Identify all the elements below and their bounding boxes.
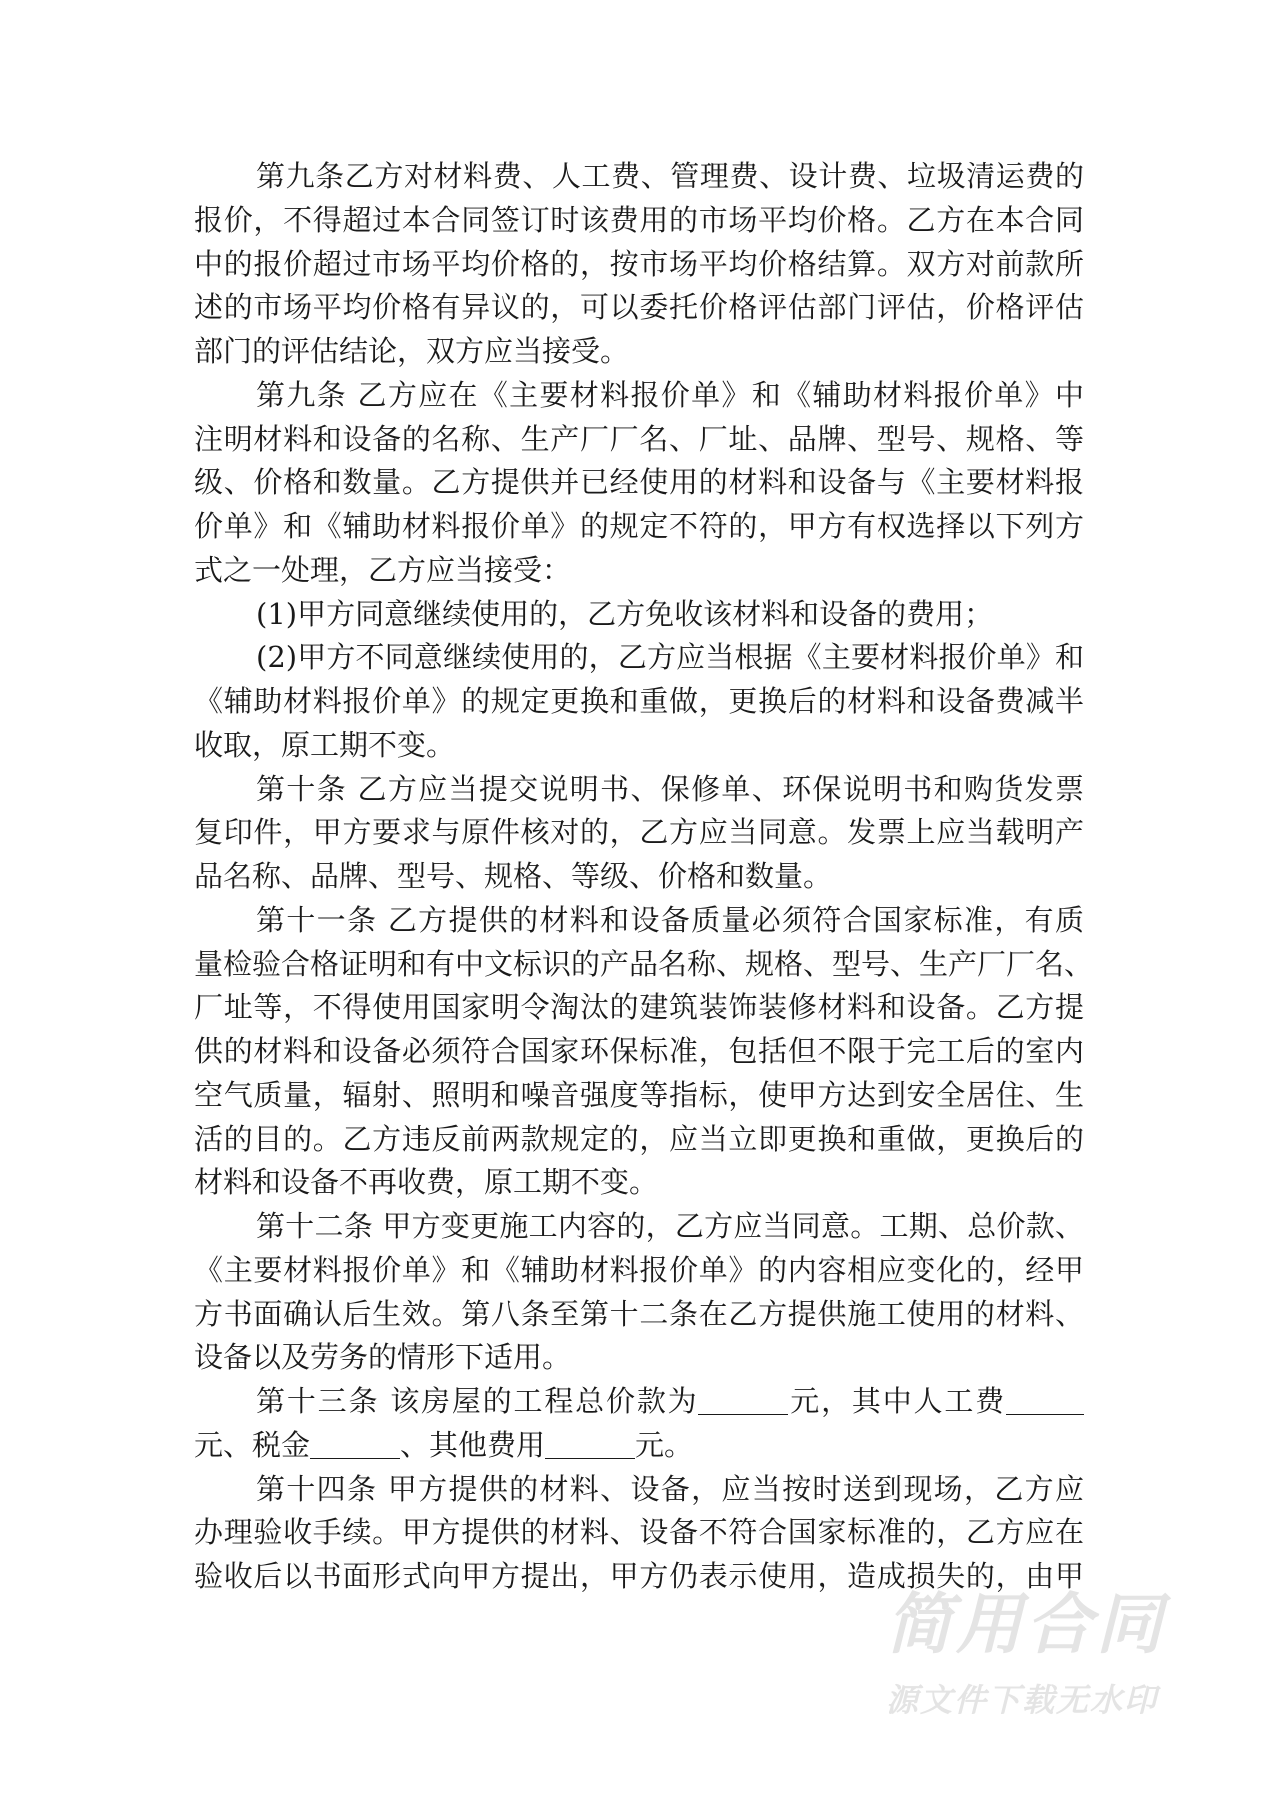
text-line: 述的市场平均价格有异议的，可以委托价格评估部门评估，价格评估	[194, 286, 1084, 330]
watermark: 简用合同 源文件下载无水印	[886, 1588, 1186, 1720]
text-line: 部门的评估结论，双方应当接受。	[194, 330, 1084, 374]
paragraph-article-9-materials: 第九条 乙方应在《主要材料报价单》和《辅助材料报价单》中 注明材料和设备的名称、…	[194, 374, 1084, 593]
list-item-2: (2)甲方不同意继续使用的，乙方应当根据《主要材料报价单》和 《辅助材料报价单》…	[194, 636, 1084, 767]
paragraph-article-12: 第十二条 甲方变更施工内容的，乙方应当同意。工期、总价款、 《主要材料报价单》和…	[194, 1205, 1084, 1380]
text-line: 中的报价超过市场平均价格的，按市场平均价格结算。双方对前款所	[194, 243, 1084, 287]
text-line: 第十条 乙方应当提交说明书、保修单、环保说明书和购货发票	[194, 768, 1084, 812]
paragraph-article-11: 第十一条 乙方提供的材料和设备质量必须符合国家标准，有质 量检验合格证明和有中文…	[194, 899, 1084, 1205]
text-line: 复印件，甲方要求与原件核对的，乙方应当同意。发票上应当载明产	[194, 811, 1084, 855]
paragraph-article-14: 第十四条 甲方提供的材料、设备，应当按时送到现场，乙方应 办理验收手续。甲方提供…	[194, 1468, 1084, 1599]
other-fees-blank[interactable]	[545, 1428, 635, 1459]
text-line: 方书面确认后生效。第八条至第十二条在乙方提供施工使用的材料、	[194, 1293, 1084, 1337]
article-13-text: 元，其中人工费	[788, 1384, 1006, 1418]
text-line: 元、税金、其他费用元。	[194, 1424, 1084, 1468]
article-13-text: 、其他费用	[400, 1428, 545, 1462]
text-line: (2)甲方不同意继续使用的，乙方应当根据《主要材料报价单》和	[194, 636, 1084, 680]
article-13-text: 元、税金	[194, 1428, 310, 1462]
text-line: 设备以及劳务的情形下适用。	[194, 1336, 1084, 1380]
document-page: 第九条乙方对材料费、人工费、管理费、设计费、垃圾清运费的 报价，不得超过本合同签…	[0, 0, 1280, 1810]
text-line: 第九条 乙方应在《主要材料报价单》和《辅助材料报价单》中	[194, 374, 1084, 418]
text-line: 厂址等，不得使用国家明令淘汰的建筑装饰装修材料和设备。乙方提	[194, 986, 1084, 1030]
article-13-text: 元。	[635, 1428, 693, 1462]
text-line: 活的目的。乙方违反前两款规定的，应当立即更换和重做，更换后的	[194, 1118, 1084, 1162]
text-line: 《辅助材料报价单》的规定更换和重做，更换后的材料和设备费减半	[194, 680, 1084, 724]
contract-body: 第九条乙方对材料费、人工费、管理费、设计费、垃圾清运费的 报价，不得超过本合同签…	[194, 155, 1084, 1599]
text-line: 量检验合格证明和有中文标识的产品名称、规格、型号、生产厂厂名、	[194, 943, 1084, 987]
text-line: 第十一条 乙方提供的材料和设备质量必须符合国家标准，有质	[194, 899, 1084, 943]
text-line: 式之一处理，乙方应当接受：	[194, 549, 1084, 593]
text-line: 品名称、品牌、型号、规格、等级、价格和数量。	[194, 855, 1084, 899]
paragraph-article-13: 第十三条 该房屋的工程总价款为元，其中人工费 元、税金、其他费用元。	[194, 1380, 1084, 1468]
text-line: 第十三条 该房屋的工程总价款为元，其中人工费	[194, 1380, 1084, 1424]
watermark-title: 简用合同	[886, 1588, 1186, 1662]
text-line: 第十二条 甲方变更施工内容的，乙方应当同意。工期、总价款、	[194, 1205, 1084, 1249]
text-line: 供的材料和设备必须符合国家环保标准，包括但不限于完工后的室内	[194, 1030, 1084, 1074]
text-line: 空气质量，辐射、照明和噪音强度等指标，使甲方达到安全居住、生	[194, 1074, 1084, 1118]
text-line: 注明材料和设备的名称、生产厂厂名、厂址、品牌、型号、规格、等	[194, 418, 1084, 462]
labor-fee-blank[interactable]	[1006, 1384, 1084, 1415]
text-line: 第十四条 甲方提供的材料、设备，应当按时送到现场，乙方应	[194, 1468, 1084, 1512]
text-line: 价单》和《辅助材料报价单》的规定不符的，甲方有权选择以下列方	[194, 505, 1084, 549]
watermark-subtitle: 源文件下载无水印	[886, 1680, 1186, 1720]
article-13-text: 第十三条 该房屋的工程总价款为	[256, 1384, 698, 1418]
text-line: 第九条乙方对材料费、人工费、管理费、设计费、垃圾清运费的	[194, 155, 1084, 199]
paragraph-article-9-pricing: 第九条乙方对材料费、人工费、管理费、设计费、垃圾清运费的 报价，不得超过本合同签…	[194, 155, 1084, 374]
text-line: 材料和设备不再收费，原工期不变。	[194, 1161, 1084, 1205]
text-line: 收取，原工期不变。	[194, 724, 1084, 768]
text-line: 报价，不得超过本合同签订时该费用的市场平均价格。乙方在本合同	[194, 199, 1084, 243]
list-item-1: (1)甲方同意继续使用的，乙方免收该材料和设备的费用；	[194, 593, 1084, 637]
text-line: 《主要材料报价单》和《辅助材料报价单》的内容相应变化的，经甲	[194, 1249, 1084, 1293]
text-line: 级、价格和数量。乙方提供并已经使用的材料和设备与《主要材料报	[194, 461, 1084, 505]
total-price-blank[interactable]	[698, 1384, 788, 1415]
text-line: 验收后以书面形式向甲方提出，甲方仍表示使用，造成损失的，由甲	[194, 1555, 1084, 1599]
text-line: (1)甲方同意继续使用的，乙方免收该材料和设备的费用；	[194, 593, 1084, 637]
text-line: 办理验收手续。甲方提供的材料、设备不符合国家标准的，乙方应在	[194, 1511, 1084, 1555]
tax-blank[interactable]	[310, 1428, 400, 1459]
paragraph-article-10: 第十条 乙方应当提交说明书、保修单、环保说明书和购货发票 复印件，甲方要求与原件…	[194, 768, 1084, 899]
